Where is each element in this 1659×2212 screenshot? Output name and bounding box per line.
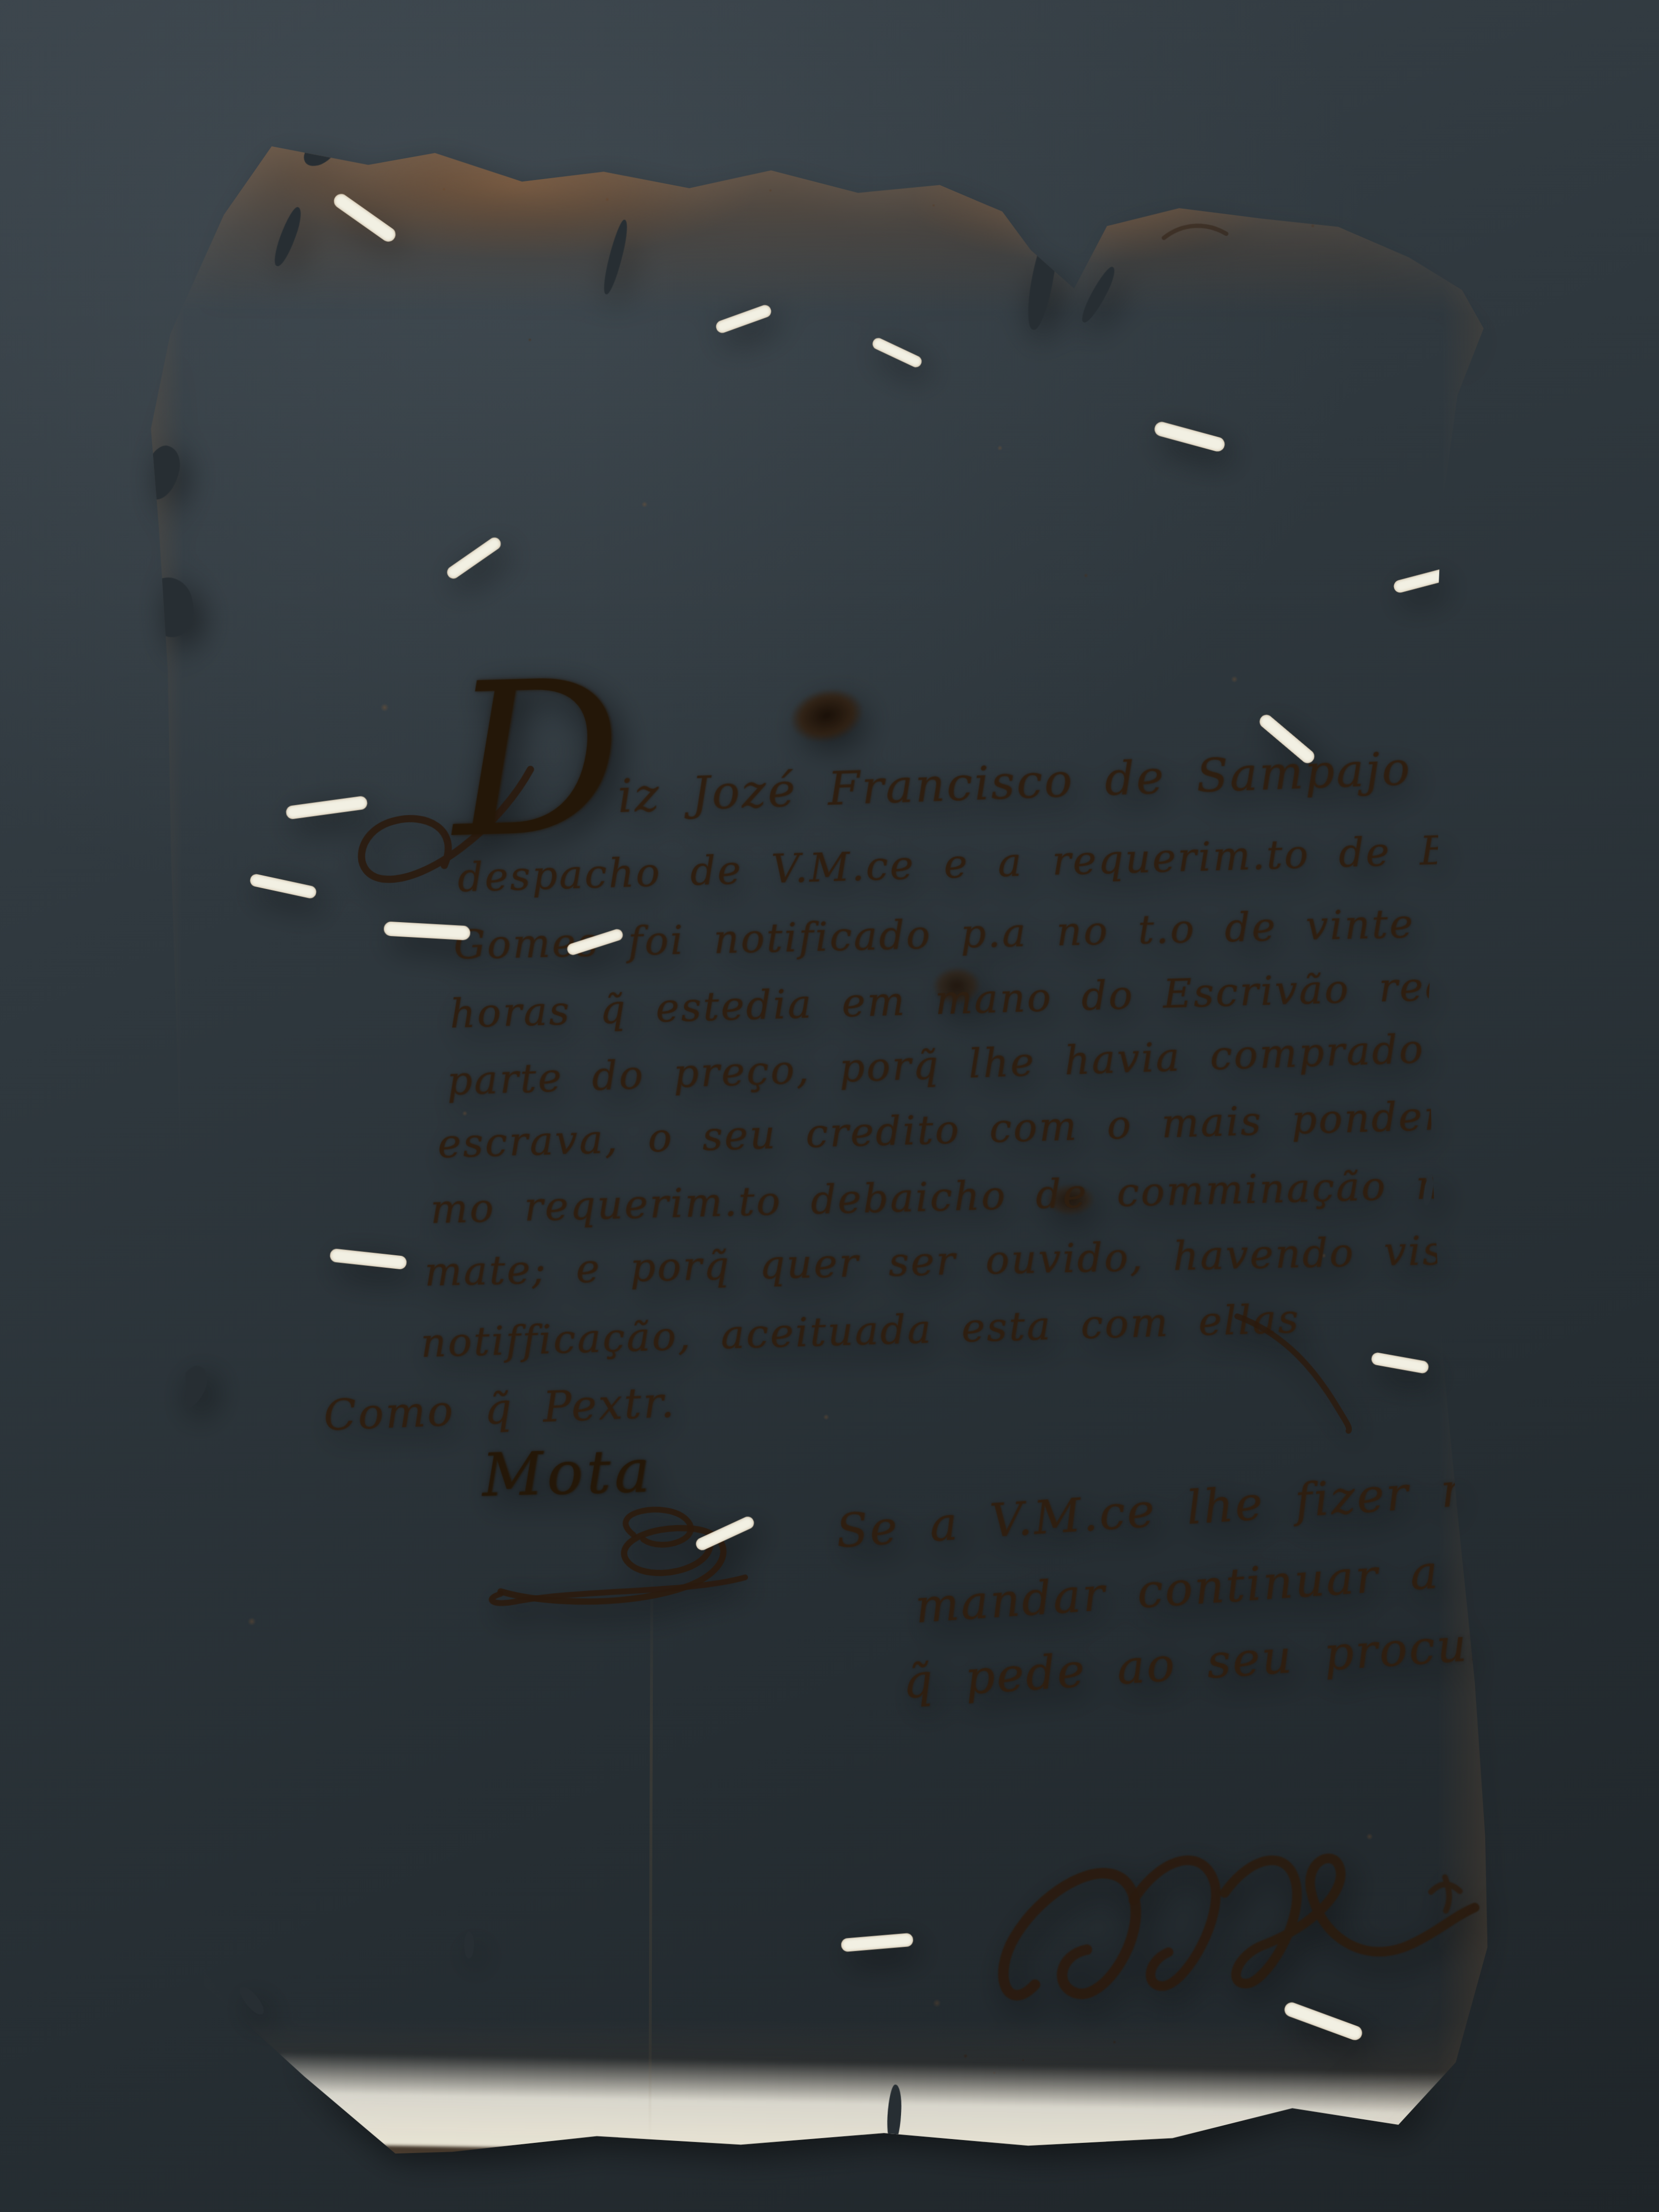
- paper-sheet: D iz Jozé Francisco de Sampajo q̃ por de…: [130, 138, 1498, 2164]
- photograph-of-manuscript: D iz Jozé Francisco de Sampajo q̃ por de…: [0, 0, 1659, 2212]
- edge-vignette: [130, 138, 1498, 2164]
- manuscript-paper: D iz Jozé Francisco de Sampajo q̃ por de…: [130, 138, 1498, 2164]
- paper-hole: [140, 1302, 185, 1371]
